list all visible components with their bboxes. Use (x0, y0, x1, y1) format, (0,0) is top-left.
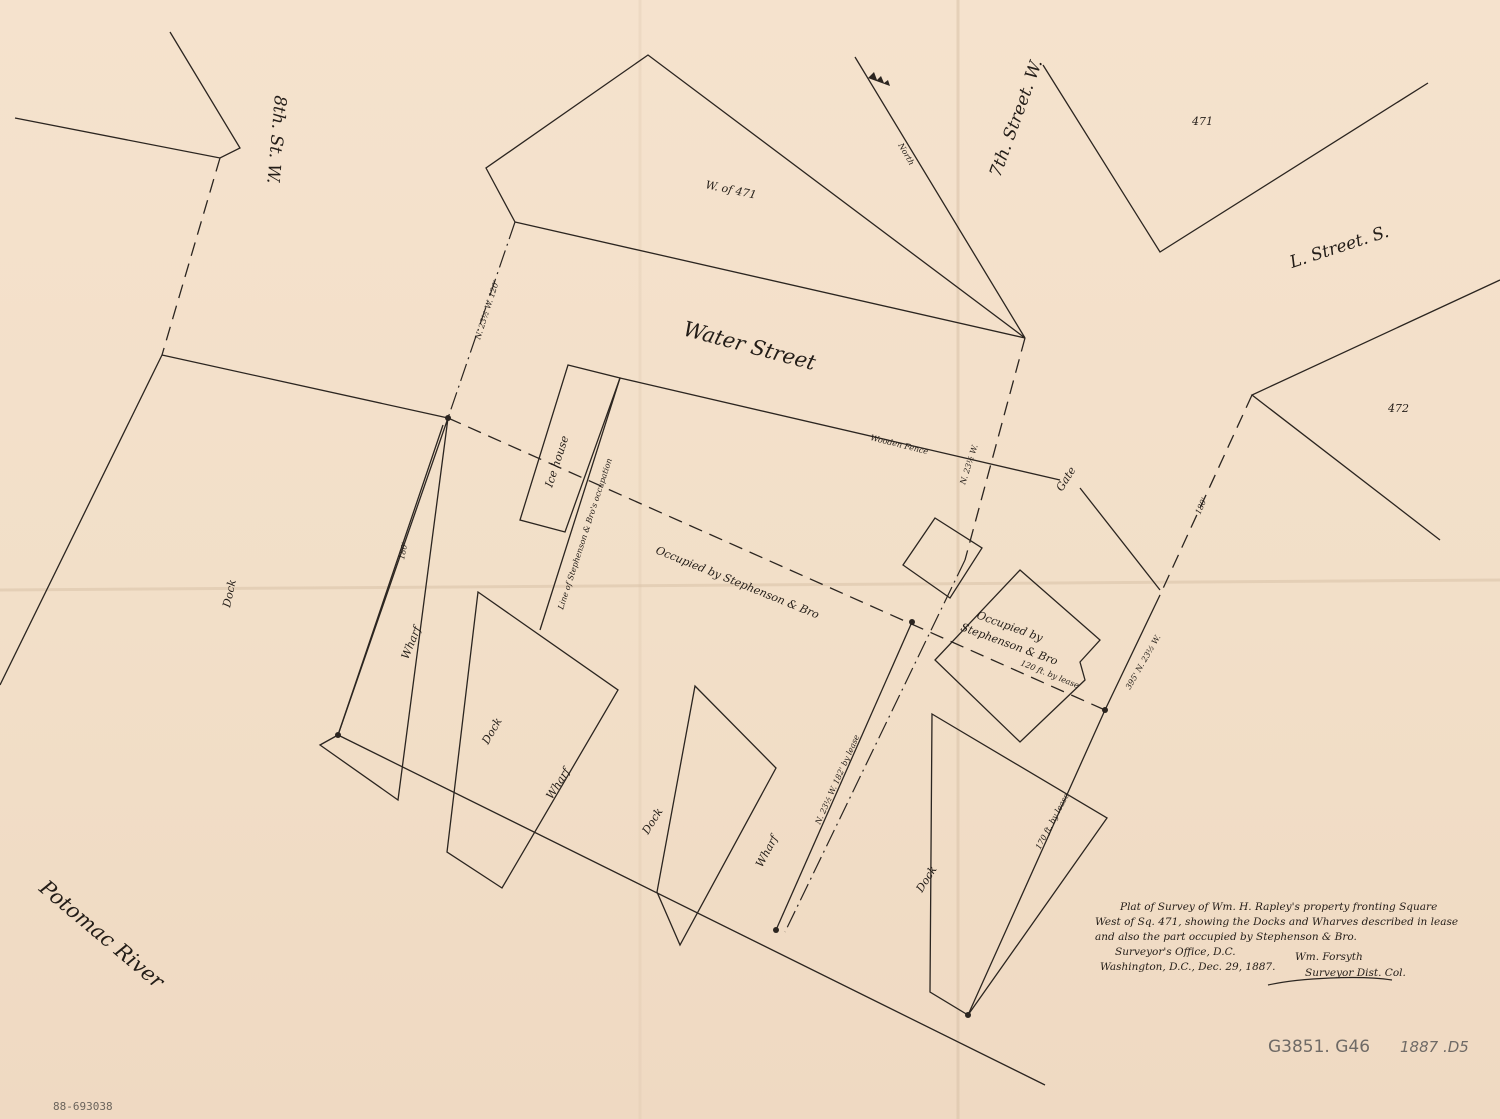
small-structure (903, 518, 982, 598)
label-dock-1: Dock (479, 715, 505, 747)
call-number: G3851. G46 (1268, 1037, 1370, 1057)
label-dock-2: Dock (639, 805, 666, 837)
dock-1-outline (447, 592, 618, 888)
block-8th-st (15, 32, 240, 158)
cartouche-place-date: Washington, D.C., Dec. 29, 1887. (1100, 961, 1275, 973)
lease-line-right (968, 710, 1105, 1015)
cartouche-line1: Plat of Survey of Wm. H. Rapley's proper… (1119, 901, 1437, 913)
label-m-8th: N. 23½ W. 120' (473, 279, 501, 341)
label-wharf-2: Wharf (544, 764, 574, 802)
label-occupied-main: Occupied by Stephenson & Bro (654, 544, 822, 622)
dock-west-edge (0, 355, 162, 685)
label-ice-house: Ice house (542, 434, 571, 490)
label-m-wharf-line: N. 23½ W. 182' by lease (813, 733, 861, 826)
label-m-lst-180: 180' (1194, 496, 1209, 516)
accession-number: 88-693038 (53, 1100, 113, 1113)
label-m-lst-lower: 395' N. 23½ W. (1124, 633, 1163, 691)
label-wharf-1: Wharf (399, 623, 425, 661)
label-gate: Gate (1054, 464, 1079, 494)
survey-point (965, 1012, 971, 1018)
cartouche-office: Surveyor's Office, D.C. (1115, 946, 1236, 958)
label-m-lease-right: 170 ft. by lease (1034, 792, 1071, 851)
label-sq-471: 471 (1191, 115, 1213, 128)
property-line-main (448, 418, 1105, 710)
label-m-left-180: 180' (397, 541, 409, 560)
label-dock-west: Dock (220, 578, 239, 610)
l-st-line (1160, 395, 1252, 595)
label-8th-st: 8th. St. W. (262, 95, 290, 185)
label-wooden-fence: Wooden Fence (870, 433, 930, 456)
occupied-building (935, 570, 1100, 742)
label-potomac-river: Potomac River (34, 875, 170, 995)
cartouche-line2: West of Sq. 471, showing the Docks and W… (1095, 916, 1458, 928)
label-sq-472: 472 (1387, 402, 1409, 415)
label-l-street: L. Street. S. (1286, 222, 1391, 273)
label-7th-st: 7th. Street. W. (986, 57, 1047, 180)
label-line-occupation: Line of Stephenson & Bro's occupation (556, 457, 614, 611)
wharf-1-outline (320, 418, 448, 800)
label-w-of-471: W. of 471 (704, 178, 757, 201)
cartouche-signature: Wm. Forsyth (1295, 951, 1363, 963)
block-471 (1043, 65, 1428, 252)
dock-2-outline (657, 686, 776, 945)
8th-st-line (162, 158, 220, 355)
ice-house (520, 365, 620, 532)
cartouche: Plat of Survey of Wm. H. Rapley's proper… (1095, 901, 1458, 985)
block-472 (1252, 280, 1500, 540)
north-line (855, 57, 1025, 338)
label-wharf-3: Wharf (753, 831, 781, 869)
cartouche-line3: and also the part occupied by Stephenson… (1095, 931, 1357, 943)
label-dock-3: Dock (913, 863, 940, 895)
label-water-street: Water Street (681, 317, 819, 376)
gate-line (1080, 488, 1160, 590)
year-code: 1887 .D5 (1400, 1038, 1469, 1056)
wooden-fence (620, 378, 1060, 480)
label-m-7th-upper: N. 23½ W. (958, 443, 980, 486)
property-line-west (162, 355, 448, 418)
map-canvas: 8th. St. W. 7th. Street. W. L. Street. S… (0, 0, 1500, 1119)
survey-map: 8th. St. W. 7th. Street. W. L. Street. S… (0, 0, 1500, 1119)
property-line-south (338, 735, 1045, 1085)
survey-point (773, 927, 779, 933)
